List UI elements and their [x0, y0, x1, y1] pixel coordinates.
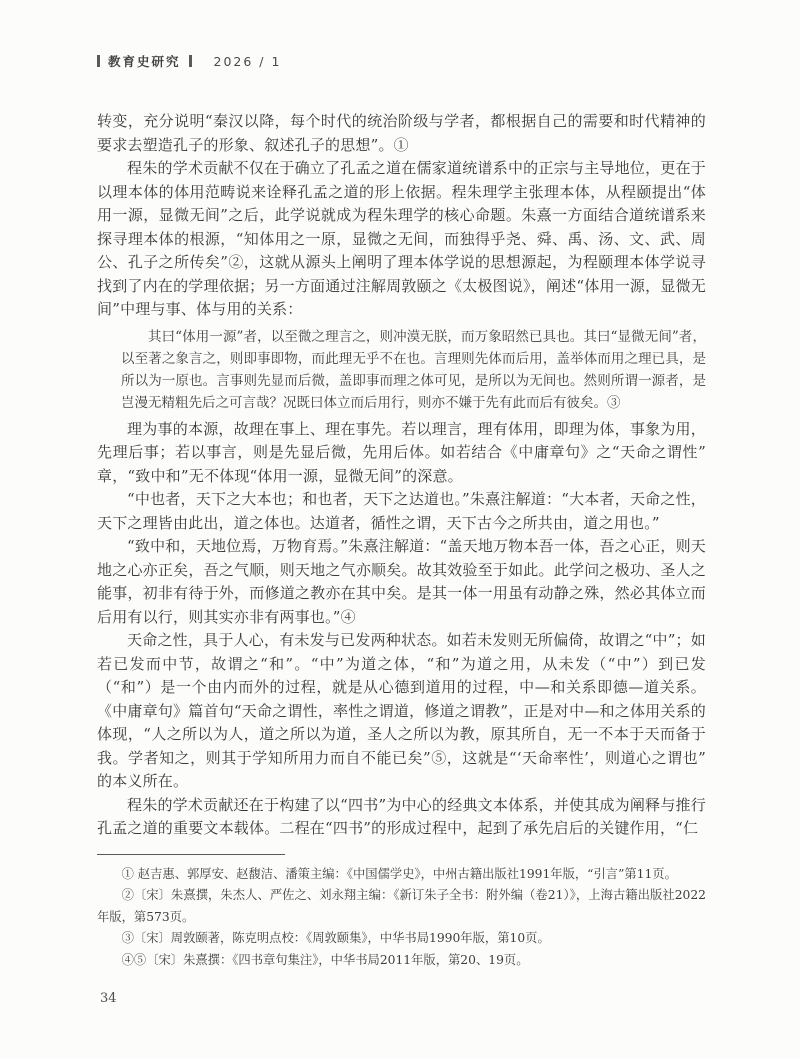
- footnote-item: ②〔宋〕朱熹撰，朱杰人、严佐之、刘永翔主编：《新订朱子全书：附外编（卷21）》，…: [97, 885, 706, 928]
- footnote-separator: [97, 854, 285, 855]
- body-paragraph: “中也者，天下之大本也；和也者，天下之达道也。”朱熹注解道：“大本者，天命之性，…: [97, 488, 706, 535]
- footnote-item: ① 赵吉惠、郭厚安、赵馥洁、潘策主编：《中国儒学史》，中州古籍出版社1991年版…: [97, 864, 706, 886]
- header-bar-icon: [189, 55, 192, 67]
- body-paragraph: 程朱的学术贡献不仅在于确立了孔孟之道在儒家道统谱系中的正宗与主导地位，更在于以理…: [97, 157, 706, 322]
- body-paragraph: 天命之性，具于人心，有未发与已发两种状态。如若未发则无所偏倚，故谓之“中”；如若…: [97, 629, 706, 794]
- body-paragraph: “致中和，天地位焉，万物育焉。”朱熹注解道：“盖天地万物本吾一体，吾之心正，则天…: [97, 535, 706, 629]
- page-number: 34: [100, 991, 117, 1006]
- body-paragraph: 转变，充分说明“秦汉以降，每个时代的统治阶级与学者，都根据自己的需要和时代精神的…: [97, 110, 706, 157]
- issue-number: 2026 / 1: [214, 54, 282, 69]
- body-paragraph: 理为事的本源，故理在事上、理在事先。若以理言，理有体用，即理为体，事象为用，先理…: [97, 418, 706, 489]
- article-body: 转变，充分说明“秦汉以降，每个时代的统治阶级与学者，都根据自己的需要和时代精神的…: [97, 110, 706, 971]
- body-paragraph: 程朱的学术贡献还在于构建了以“四书”为中心的经典文本体系，并使其成为阐释与推行孔…: [97, 794, 706, 841]
- footnote-section: ① 赵吉惠、郭厚安、赵馥洁、潘策主编：《中国儒学史》，中州古籍出版社1991年版…: [97, 854, 706, 972]
- running-header: 教育史研究 2026 / 1: [97, 52, 281, 70]
- header-bar-icon: [97, 55, 100, 67]
- block-quote: 其曰“体用一源”者，以至微之理言之，则冲漠无朕，而万象昭然已具也。其曰“显微无间…: [121, 326, 706, 414]
- journal-page: 教育史研究 2026 / 1 转变，充分说明“秦汉以降，每个时代的统治阶级与学者…: [0, 0, 800, 1059]
- footnote-item: ③〔宋〕周敦颐著，陈克明点校：《周敦颐集》，中华书局1990年版，第10页。: [97, 928, 706, 950]
- journal-title: 教育史研究: [108, 52, 181, 70]
- footnote-item: ④⑤〔宋〕朱熹撰：《四书章句集注》，中华书局2011年版，第20、19页。: [97, 950, 706, 972]
